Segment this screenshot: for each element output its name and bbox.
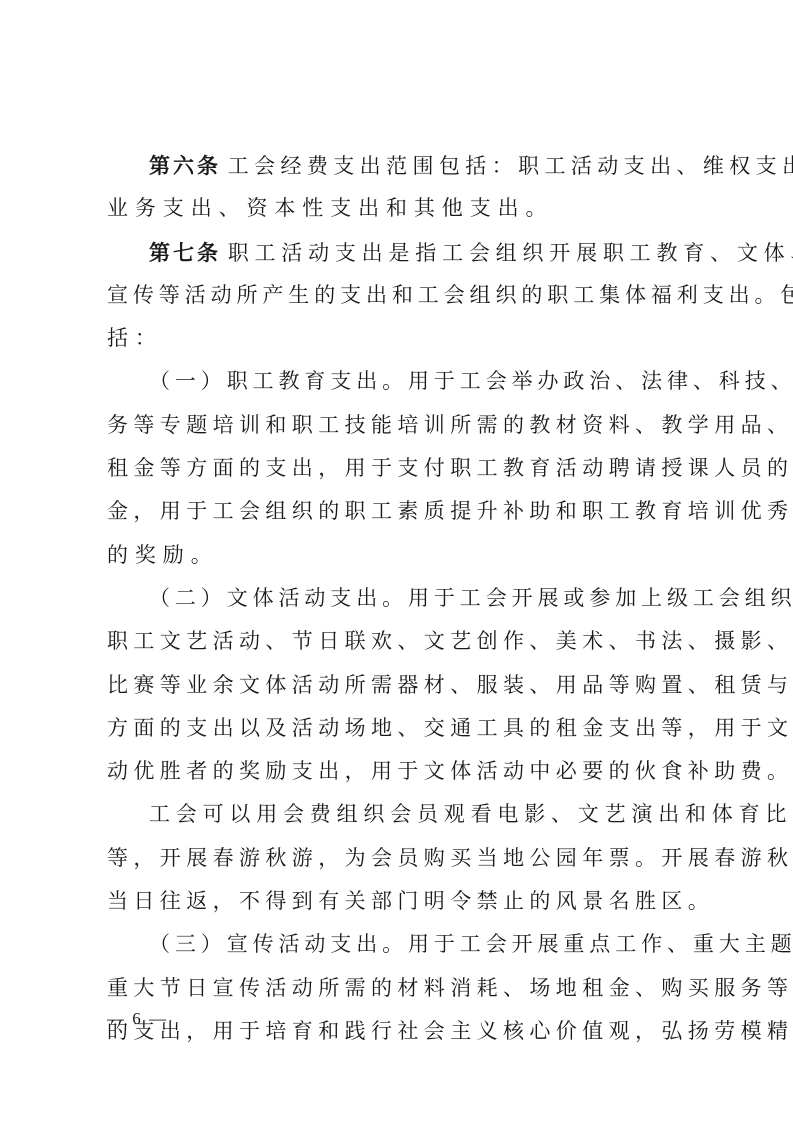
article-6-line-1: 第六条 工会经费支出范围包括：职工活动支出、维权支出、 [107, 144, 699, 187]
item-3-line-3: 的支出，用于培育和践行社会主义核心价值观，弘扬劳模精神和 [107, 1010, 699, 1053]
article-7-heading: 第七条 [149, 240, 221, 265]
item-1-line-1: （一）职工教育支出。用于工会举办政治、法律、科技、业 [107, 360, 699, 403]
item-3-line-2: 重大节日宣传活动所需的材料消耗、场地租金、购买服务等方面 [107, 967, 699, 1010]
item-1-line-3: 租金等方面的支出，用于支付职工教育活动聘请授课人员的酬 [107, 447, 699, 490]
page-number: — 6 — [107, 1009, 168, 1029]
leisure-line-1: 工会可以用会费组织会员观看电影、文艺演出和体育比赛 [107, 793, 699, 836]
document-body: 第六条 工会经费支出范围包括：职工活动支出、维权支出、 业务支出、资本性支出和其… [107, 144, 699, 1053]
item-1-line-2: 务等专题培训和职工技能培训所需的教材资料、教学用品、场地 [107, 404, 699, 447]
item-2-line-2: 职工文艺活动、节日联欢、文艺创作、美术、书法、摄影、体育 [107, 620, 699, 663]
item-2-line-3: 比赛等业余文体活动所需器材、服装、用品等购置、租赁与维修 [107, 664, 699, 707]
article-7-line-3: 括： [107, 317, 699, 360]
article-7-line-2: 宣传等活动所产生的支出和工会组织的职工集体福利支出。包 [107, 274, 699, 317]
item-2-line-1: （二）文体活动支出。用于工会开展或参加上级工会组织的 [107, 577, 699, 620]
leisure-line-3: 当日往返，不得到有关部门明令禁止的风景名胜区。 [107, 880, 699, 923]
article-7-line-1: 第七条 职工活动支出是指工会组织开展职工教育、文体、 [107, 231, 699, 274]
item-1-line-5: 的奖励。 [107, 534, 699, 577]
item-2-line-5: 动优胜者的奖励支出，用于文体活动中必要的伙食补助费。 [107, 750, 699, 793]
leisure-line-2: 等，开展春游秋游，为会员购买当地公园年票。开展春游秋游应 [107, 837, 699, 880]
article-6-heading: 第六条 [149, 153, 221, 178]
article-6-line-2: 业务支出、资本性支出和其他支出。 [107, 187, 699, 230]
item-1-line-4: 金，用于工会组织的职工素质提升补助和职工教育培训优秀学员 [107, 490, 699, 533]
item-2-line-4: 方面的支出以及活动场地、交通工具的租金支出等，用于文体活 [107, 707, 699, 750]
item-3-line-1: （三）宣传活动支出。用于工会开展重点工作、重大主题和 [107, 923, 699, 966]
